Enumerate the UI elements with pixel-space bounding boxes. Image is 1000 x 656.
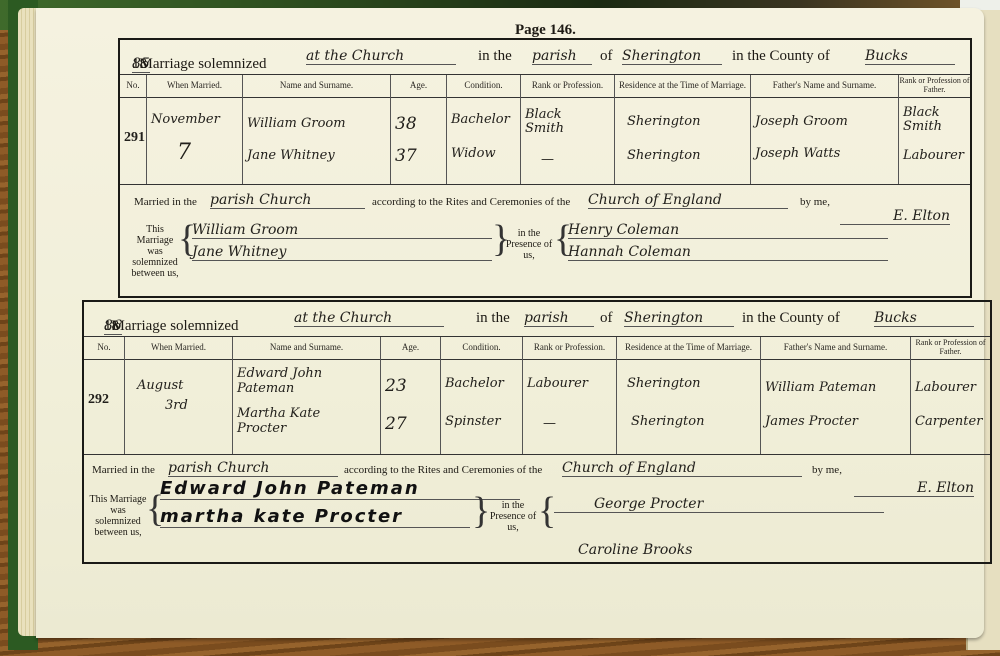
marriage-day: 7: [177, 140, 239, 165]
bride-father: James Procter: [765, 414, 907, 429]
district-value: Sherington: [622, 48, 722, 65]
groom-father: Joseph Groom: [755, 114, 895, 129]
of-label: of: [600, 48, 613, 65]
header-name: Name and Surname.: [242, 75, 390, 97]
header-condition: Condition.: [440, 337, 522, 359]
column-headers: No. When Married. Name and Surname. Age.…: [84, 336, 990, 360]
solemnized-label: . Marriage solemnized: [104, 318, 239, 335]
marriage-day: 3rd: [165, 398, 229, 413]
groom-rank: Black Smith: [525, 108, 575, 136]
groom-condition: Bachelor: [451, 112, 517, 127]
header-when: When Married.: [146, 75, 242, 97]
marriage-month: November: [151, 112, 239, 127]
married-in-value: parish Church: [210, 192, 365, 209]
page-number: Page 146.: [515, 22, 576, 39]
groom-residence: Sherington: [627, 376, 757, 391]
groom-father-rank: Black Smith: [903, 106, 953, 134]
place-value: at the Church: [306, 48, 456, 65]
married-in-value: parish Church: [168, 460, 338, 477]
marriage-entry-291: 1885. Marriage solemnized at the Church …: [118, 38, 972, 298]
entry-number: 291: [124, 130, 142, 146]
marriage-month: August: [137, 378, 229, 393]
district-type: parish: [532, 48, 592, 65]
according-label: according to the Rites and Ceremonies of…: [372, 196, 570, 208]
solemnized-label: . Marriage solemnized: [132, 56, 267, 73]
in-the-label: in the: [476, 310, 510, 327]
groom-name: William Groom: [247, 116, 387, 131]
by-me-label: by me,: [812, 464, 842, 476]
witness-2: Caroline Brooks: [578, 542, 692, 558]
married-in-label: Married in the: [92, 464, 155, 476]
bride-rank: —: [543, 416, 613, 431]
rites-value: Church of England: [562, 460, 802, 477]
bride-condition: Widow: [451, 146, 517, 161]
entry-footer: Married in the parish Church according t…: [84, 458, 990, 558]
witness-1: Henry Coleman: [568, 222, 888, 239]
header-when: When Married.: [124, 337, 232, 359]
entry-number: 292: [88, 392, 120, 408]
bride-name: Jane Whitney: [247, 148, 387, 163]
groom-rank: Labourer: [527, 376, 613, 391]
this-marriage-label: This Marriage was solemnized between us,: [88, 494, 148, 538]
bride-residence: Sherington: [627, 148, 747, 163]
place-value: at the Church: [294, 310, 444, 327]
header-father: Father's Name and Surname.: [750, 75, 898, 97]
header-father-rank: Rank or Profession of Father.: [898, 75, 970, 97]
by-me-label: by me,: [800, 196, 830, 208]
bride-age: 27: [385, 414, 437, 434]
header-rank: Rank or Profession.: [520, 75, 614, 97]
county-label: in the County of: [742, 310, 840, 327]
table-row: 291 November 7 William Groom Jane Whitne…: [120, 96, 970, 185]
header-name: Name and Surname.: [232, 337, 380, 359]
groom-residence: Sherington: [627, 114, 747, 129]
county-value: Bucks: [865, 48, 955, 65]
bride-father-rank: Labourer: [903, 148, 967, 163]
header-rank: Rank or Profession.: [522, 337, 616, 359]
district-type: parish: [524, 310, 594, 327]
in-the-label: in the: [478, 48, 512, 65]
marriage-entry-292: 1886. Marriage solemnized at the Church …: [82, 300, 992, 564]
header-father: Father's Name and Surname.: [760, 337, 910, 359]
bride-name: Martha Kate Procter: [237, 406, 347, 436]
header-residence: Residence at the Time of Marriage.: [616, 337, 760, 359]
groom-condition: Bachelor: [445, 376, 519, 391]
presence-label: in the Presence of us,: [504, 228, 554, 261]
header-father-rank: Rank or Profession of Father.: [910, 337, 990, 359]
entry-footer: Married in the parish Church according t…: [120, 188, 970, 292]
officiant-signature: E. Elton: [854, 480, 974, 497]
groom-name: Edward John Pateman: [237, 366, 347, 396]
groom-signature: Edward John Pateman: [160, 478, 520, 500]
witness-2: Hannah Coleman: [568, 244, 888, 261]
table-row: 292 August 3rd Edward John Pateman Marth…: [84, 358, 990, 455]
bride-signature: Jane Whitney: [192, 244, 492, 261]
bride-age: 37: [395, 146, 443, 166]
header-age: Age.: [380, 337, 440, 359]
groom-father: William Pateman: [765, 380, 907, 395]
rites-value: Church of England: [588, 192, 788, 209]
column-headers: No. When Married. Name and Surname. Age.…: [120, 74, 970, 98]
this-marriage-label: This Marriage was solemnized between us,: [130, 224, 180, 279]
county-value: Bucks: [874, 310, 974, 327]
bride-condition: Spinster: [445, 414, 519, 429]
district-value: Sherington: [624, 310, 734, 327]
county-label: in the County of: [732, 48, 830, 65]
entry-title: 1885. Marriage solemnized at the Church …: [120, 40, 970, 74]
bride-signature: martha kate Procter: [160, 506, 470, 528]
witness-1: George Procter: [554, 496, 884, 513]
married-in-label: Married in the: [134, 196, 197, 208]
groom-age: 38: [395, 114, 443, 134]
groom-age: 23: [385, 376, 437, 396]
groom-signature: William Groom: [192, 222, 492, 239]
bride-father: Joseph Watts: [755, 146, 895, 161]
presence-label: in the Presence of us,: [488, 500, 538, 533]
header-age: Age.: [390, 75, 446, 97]
header-no: No.: [84, 337, 124, 359]
bride-rank: —: [541, 152, 611, 167]
according-label: according to the Rites and Ceremonies of…: [344, 464, 542, 476]
entry-title: 1886. Marriage solemnized at the Church …: [84, 302, 990, 336]
header-residence: Residence at the Time of Marriage.: [614, 75, 750, 97]
bride-father-rank: Carpenter: [915, 414, 987, 429]
of-label: of: [600, 310, 613, 327]
header-no: No.: [120, 75, 146, 97]
header-condition: Condition.: [446, 75, 520, 97]
bride-residence: Sherington: [631, 414, 757, 429]
groom-father-rank: Labourer: [915, 380, 987, 395]
